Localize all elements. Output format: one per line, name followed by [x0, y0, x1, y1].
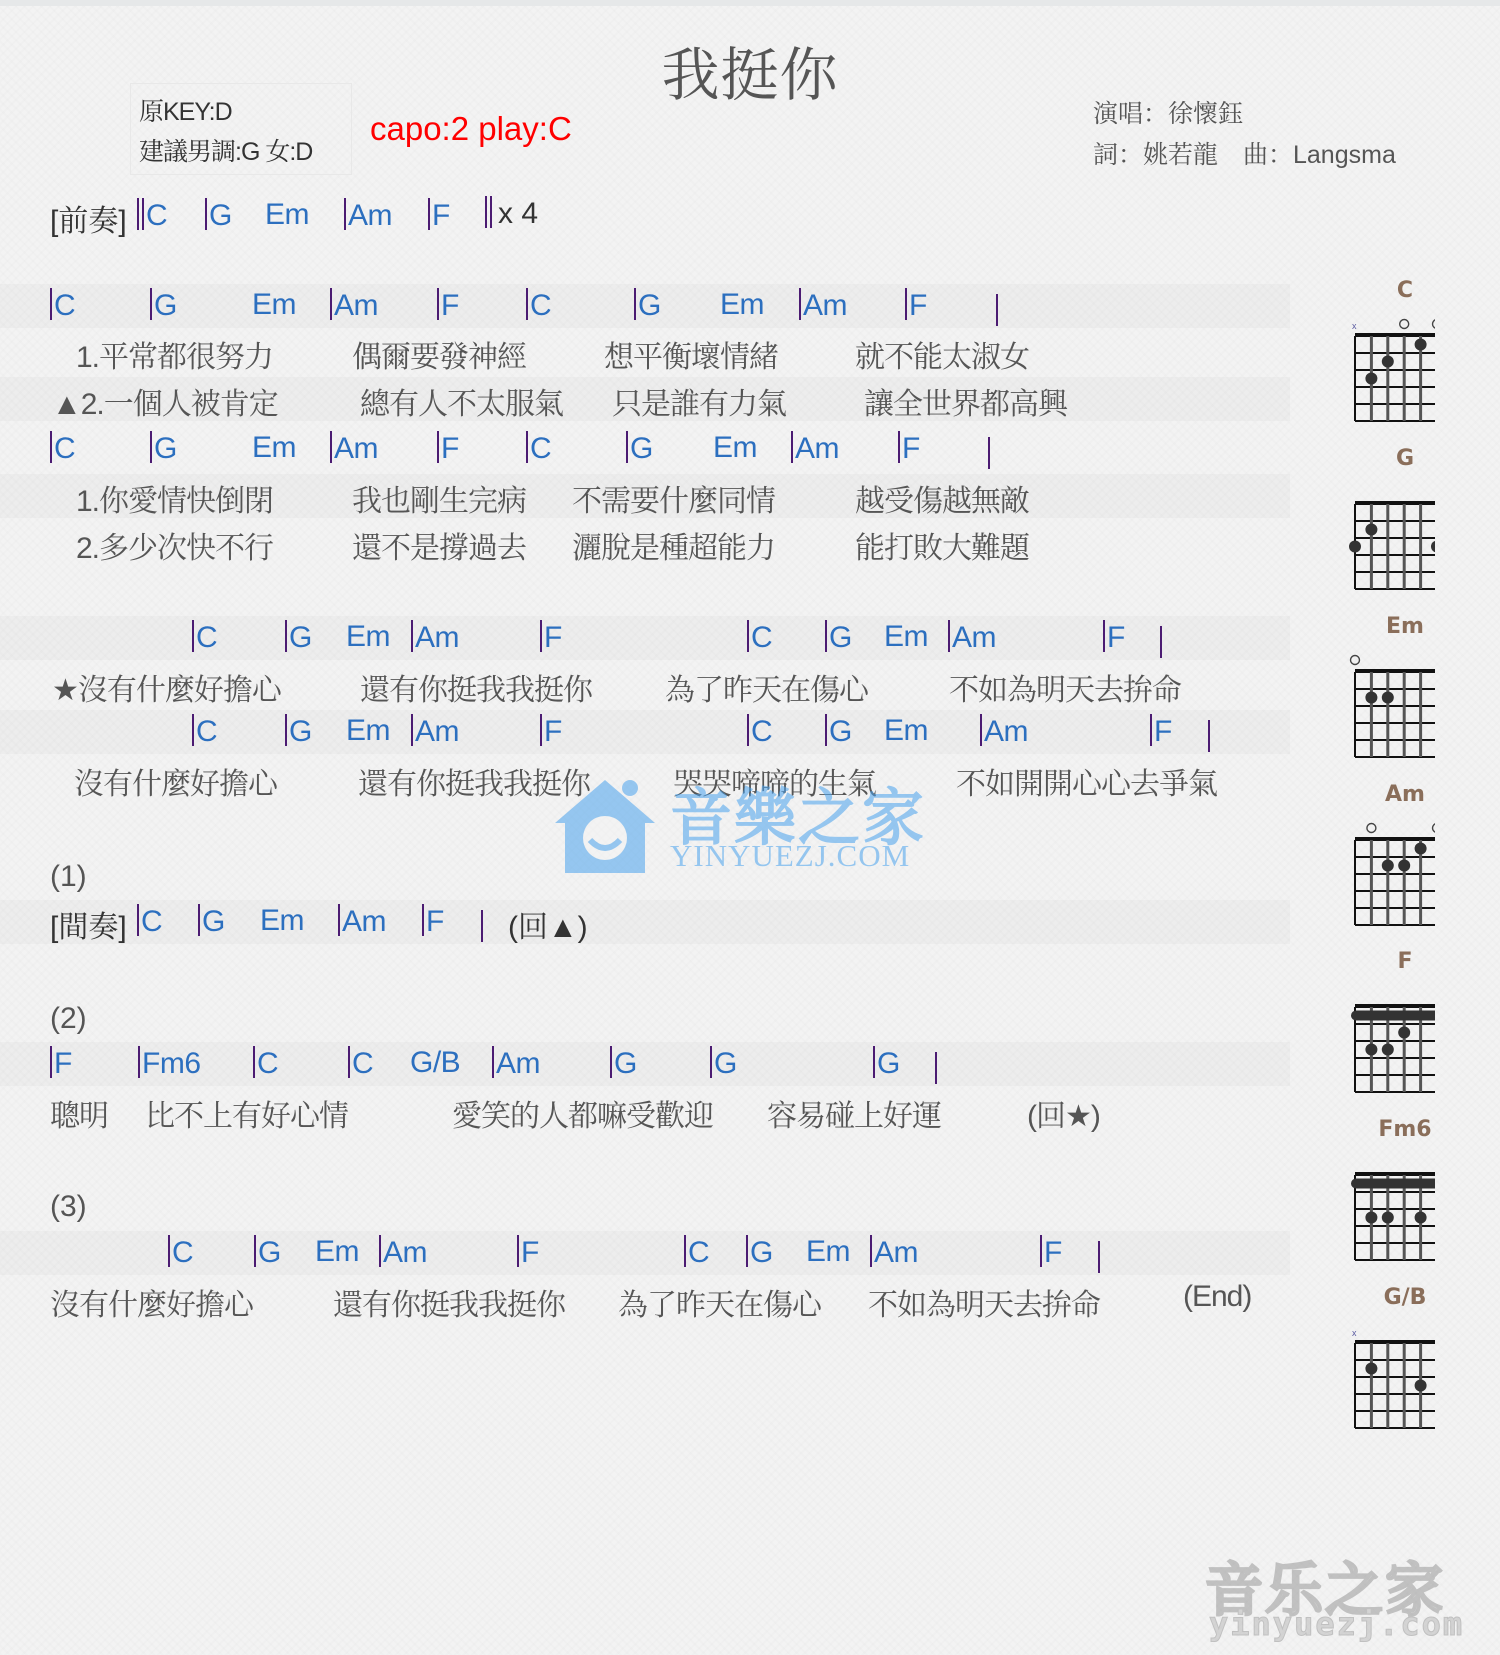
chord: Am	[980, 714, 1028, 749]
lyric: 沒有什麼好擔心	[50, 1280, 253, 1324]
chord: F	[1103, 620, 1125, 655]
chord: G/B	[410, 1046, 460, 1080]
lyric: ▲2.一個人被肯定	[52, 379, 278, 423]
verse-chord-line-1: C G Em Am F C G Em Am F	[0, 284, 1290, 328]
lyric: 2.多少次快不行	[76, 523, 273, 567]
singer-credit: 演唱：徐懷鈺	[1093, 94, 1243, 130]
lyric: 1.你愛情快倒閉	[76, 476, 273, 520]
chord: G	[285, 620, 312, 655]
chord: Am	[411, 714, 459, 749]
interlude-label: [間奏]	[50, 902, 127, 946]
lyric: 還不是撐過去	[352, 523, 526, 567]
chord: Am	[492, 1046, 540, 1081]
verse-chord-line-2: C G Em Am F C G Em Am F	[0, 427, 1290, 471]
chord-diagram-em: Em	[1355, 614, 1455, 764]
chord: Am	[330, 431, 378, 466]
barline	[481, 910, 483, 942]
verse-lyrics-2b: 2.多少次快不行 還不是撐過去 灑脫是種超能力 能打敗大難題	[0, 521, 1290, 565]
key-info-box: 原KEY:D 建議男調:G 女:D	[130, 83, 352, 175]
suggested-key: 建議男調:G 女:D	[139, 132, 312, 168]
lyric: 只是誰有力氣	[612, 379, 786, 423]
chord: Em	[315, 1235, 359, 1269]
lyric: 不如為明天去拚命	[949, 665, 1181, 709]
chord: C	[192, 714, 217, 749]
chord: F	[422, 904, 444, 939]
chord: Am	[791, 431, 839, 466]
chord: F	[1040, 1235, 1062, 1270]
music-house-logo-icon	[545, 768, 665, 878]
lyric: 越受傷越無敵	[855, 476, 1029, 520]
barline	[988, 437, 990, 469]
section-3-lyrics: 沒有什麼好擔心 還有你挺我我挺你 為了昨天在傷心 不如為明天去拚命 (End)	[0, 1278, 1290, 1322]
chord: G	[254, 1235, 281, 1270]
lyric: 為了昨天在傷心	[618, 1280, 821, 1324]
chord: F	[540, 714, 562, 749]
barline	[996, 294, 998, 326]
chorus-chord-line-1: C G Em Am F C G Em Am F	[0, 616, 1290, 660]
chord-diagram-f: F	[1355, 949, 1455, 1099]
chord: F	[905, 288, 927, 323]
verse-lyrics-2a: 1.你愛情快倒閉 我也剛生完病 不需要什麼同情 越受傷越無敵	[0, 474, 1290, 518]
interlude-line: [間奏] C G Em Am F (回▲)	[0, 900, 1290, 944]
chord: G	[285, 714, 312, 749]
chord: G	[610, 1046, 637, 1081]
section-3-chord-line: C G Em Am F C G Em Am F	[0, 1231, 1290, 1275]
fretboard-grid-icon	[1335, 636, 1435, 761]
chord: Am	[338, 904, 386, 939]
verse-lyrics-1a: 1.平常都很努力 偶爾要發神經 想平衡壞情緒 就不能太淑女	[0, 330, 1290, 374]
lyric: 比不上有好心情	[145, 1091, 348, 1135]
chord: C	[50, 431, 75, 466]
chord: Em	[260, 904, 304, 938]
chord: F	[437, 431, 459, 466]
chord: C	[747, 714, 772, 749]
chord: Em	[346, 620, 390, 654]
chord: Em	[720, 288, 764, 322]
chord: Em	[252, 288, 296, 322]
lyric: 還有你挺我我挺你	[360, 665, 592, 709]
chord: G	[198, 904, 225, 939]
section-1-marker: (1)	[50, 860, 87, 894]
chord: Fm6	[138, 1046, 201, 1081]
chord: G	[825, 714, 852, 749]
lyric: 想平衡壞情緒	[604, 332, 778, 376]
chord-diagram-c: Cx	[1355, 278, 1455, 428]
chord-diagram-am: Am	[1355, 782, 1455, 932]
barline	[1160, 626, 1162, 658]
intro-label: [前奏]	[50, 196, 127, 240]
lyric: 為了昨天在傷心	[665, 665, 868, 709]
chorus-chord-line-2: C G Em Am F C G Em Am F	[0, 710, 1290, 754]
barline	[935, 1052, 937, 1084]
return-note: (回★)	[1027, 1091, 1100, 1135]
svg-text:x: x	[1352, 1328, 1357, 1338]
chord: G	[746, 1235, 773, 1270]
watermark-corner: 音乐之家 yinyuezj.com	[1205, 1543, 1475, 1643]
chord: Am	[799, 288, 847, 323]
fretboard-grid-icon: x	[1335, 1307, 1435, 1432]
watermark-en: YINYUEZJ.COM	[670, 838, 910, 874]
section-2-lyrics: 聰明 比不上有好心情 愛笑的人都嘛受歡迎 容易碰上好運 (回★)	[0, 1089, 1290, 1133]
fretboard-grid-icon	[1335, 1139, 1435, 1264]
chord: G	[710, 1046, 737, 1081]
chord: F	[517, 1235, 539, 1270]
chord: G	[634, 288, 661, 323]
chord: C	[348, 1046, 373, 1081]
chord: Em	[252, 431, 296, 465]
chord: C	[137, 904, 162, 939]
chord-diagram-fm6: Fm6	[1355, 1117, 1455, 1267]
lyric: 不如為明天去拚命	[868, 1280, 1100, 1324]
chord: C	[168, 1235, 193, 1270]
chord: Am	[344, 198, 392, 233]
watermark-corner-en: yinyuezj.com	[1209, 1605, 1464, 1643]
chord: C	[747, 620, 772, 655]
chord: Em	[884, 620, 928, 654]
chord: C	[526, 288, 551, 323]
fretboard-grid-icon	[1335, 468, 1435, 593]
lyric: ★沒有什麼好擔心	[52, 665, 281, 709]
chord: F	[50, 1046, 72, 1081]
capo-info: capo:2 play:C	[370, 110, 572, 148]
chord: Am	[330, 288, 378, 323]
chord: Am	[411, 620, 459, 655]
chord: G	[150, 288, 177, 323]
top-border	[0, 0, 1500, 6]
watermark-center: 音樂之家 YINYUEZJ.COM	[545, 768, 945, 878]
chord-diagram-g: G	[1355, 446, 1455, 596]
repeat-marker: x 4	[485, 196, 538, 231]
chord: C	[192, 620, 217, 655]
intro-line: [前奏] C G Em Am F x 4	[0, 194, 1290, 238]
chord: C	[50, 288, 75, 323]
svg-text:x: x	[1352, 321, 1357, 331]
lyric: 不需要什麼同情	[572, 476, 775, 520]
chord: Em	[713, 431, 757, 465]
lyric: 偶爾要發神經	[352, 332, 526, 376]
chord: Am	[948, 620, 996, 655]
chord: Em	[265, 198, 309, 232]
chord: C	[684, 1235, 709, 1270]
chord: F	[428, 198, 450, 233]
lyric: 1.平常都很努力	[76, 332, 273, 376]
lyric: 能打敗大難題	[855, 523, 1029, 567]
lyric: 不如開開心心去爭氣	[956, 759, 1217, 803]
chord: F	[898, 431, 920, 466]
section-2-marker: (2)	[50, 1002, 87, 1036]
lyric: 還有你挺我我挺你	[333, 1280, 565, 1324]
lyric: 讓全世界都高興	[864, 379, 1067, 423]
lyric: 聰明	[50, 1091, 108, 1135]
chord: G	[205, 198, 232, 233]
return-note: (回▲)	[508, 902, 588, 946]
lyric: 沒有什麼好擔心	[74, 759, 277, 803]
end-marker: (End)	[1183, 1280, 1251, 1314]
lyricist-composer-credit: 詞：姚若龍 曲：Langsma	[1093, 135, 1396, 171]
chord: Am	[870, 1235, 918, 1270]
chord: C	[137, 198, 167, 233]
barline	[1098, 1241, 1100, 1273]
chord: G	[873, 1046, 900, 1081]
chord: G	[150, 431, 177, 466]
chord: Em	[806, 1235, 850, 1269]
lyric: 容易碰上好運	[767, 1091, 941, 1135]
fretboard-grid-icon: x	[1335, 300, 1435, 425]
chord-diagram-g-b: G/Bx	[1355, 1285, 1455, 1435]
fretboard-grid-icon	[1335, 804, 1435, 929]
lyric: 就不能太淑女	[855, 332, 1029, 376]
fretboard-grid-icon	[1335, 971, 1435, 1096]
chord: G	[626, 431, 653, 466]
section-2-chord-line: F Fm6 C C G/B Am G G G	[0, 1042, 1290, 1086]
chord: F	[1150, 714, 1172, 749]
chord: Em	[346, 714, 390, 748]
lyric: 灑脫是種超能力	[572, 523, 775, 567]
original-key: 原KEY:D	[139, 92, 232, 128]
lyric: 總有人不太服氣	[360, 379, 563, 423]
chorus-lyrics-1: ★沒有什麼好擔心 還有你挺我我挺你 為了昨天在傷心 不如為明天去拚命	[0, 663, 1290, 707]
chord: Am	[379, 1235, 427, 1270]
chord: F	[540, 620, 562, 655]
chord: C	[253, 1046, 278, 1081]
chord: F	[437, 288, 459, 323]
section-3-marker: (3)	[50, 1190, 87, 1224]
lyric: 我也剛生完病	[352, 476, 526, 520]
chord: G	[825, 620, 852, 655]
verse-lyrics-1b: ▲2.一個人被肯定 總有人不太服氣 只是誰有力氣 讓全世界都高興	[0, 377, 1290, 421]
lyric: 愛笑的人都嘛受歡迎	[452, 1091, 713, 1135]
chord: C	[526, 431, 551, 466]
barline	[1208, 720, 1210, 752]
chord: Em	[884, 714, 928, 748]
